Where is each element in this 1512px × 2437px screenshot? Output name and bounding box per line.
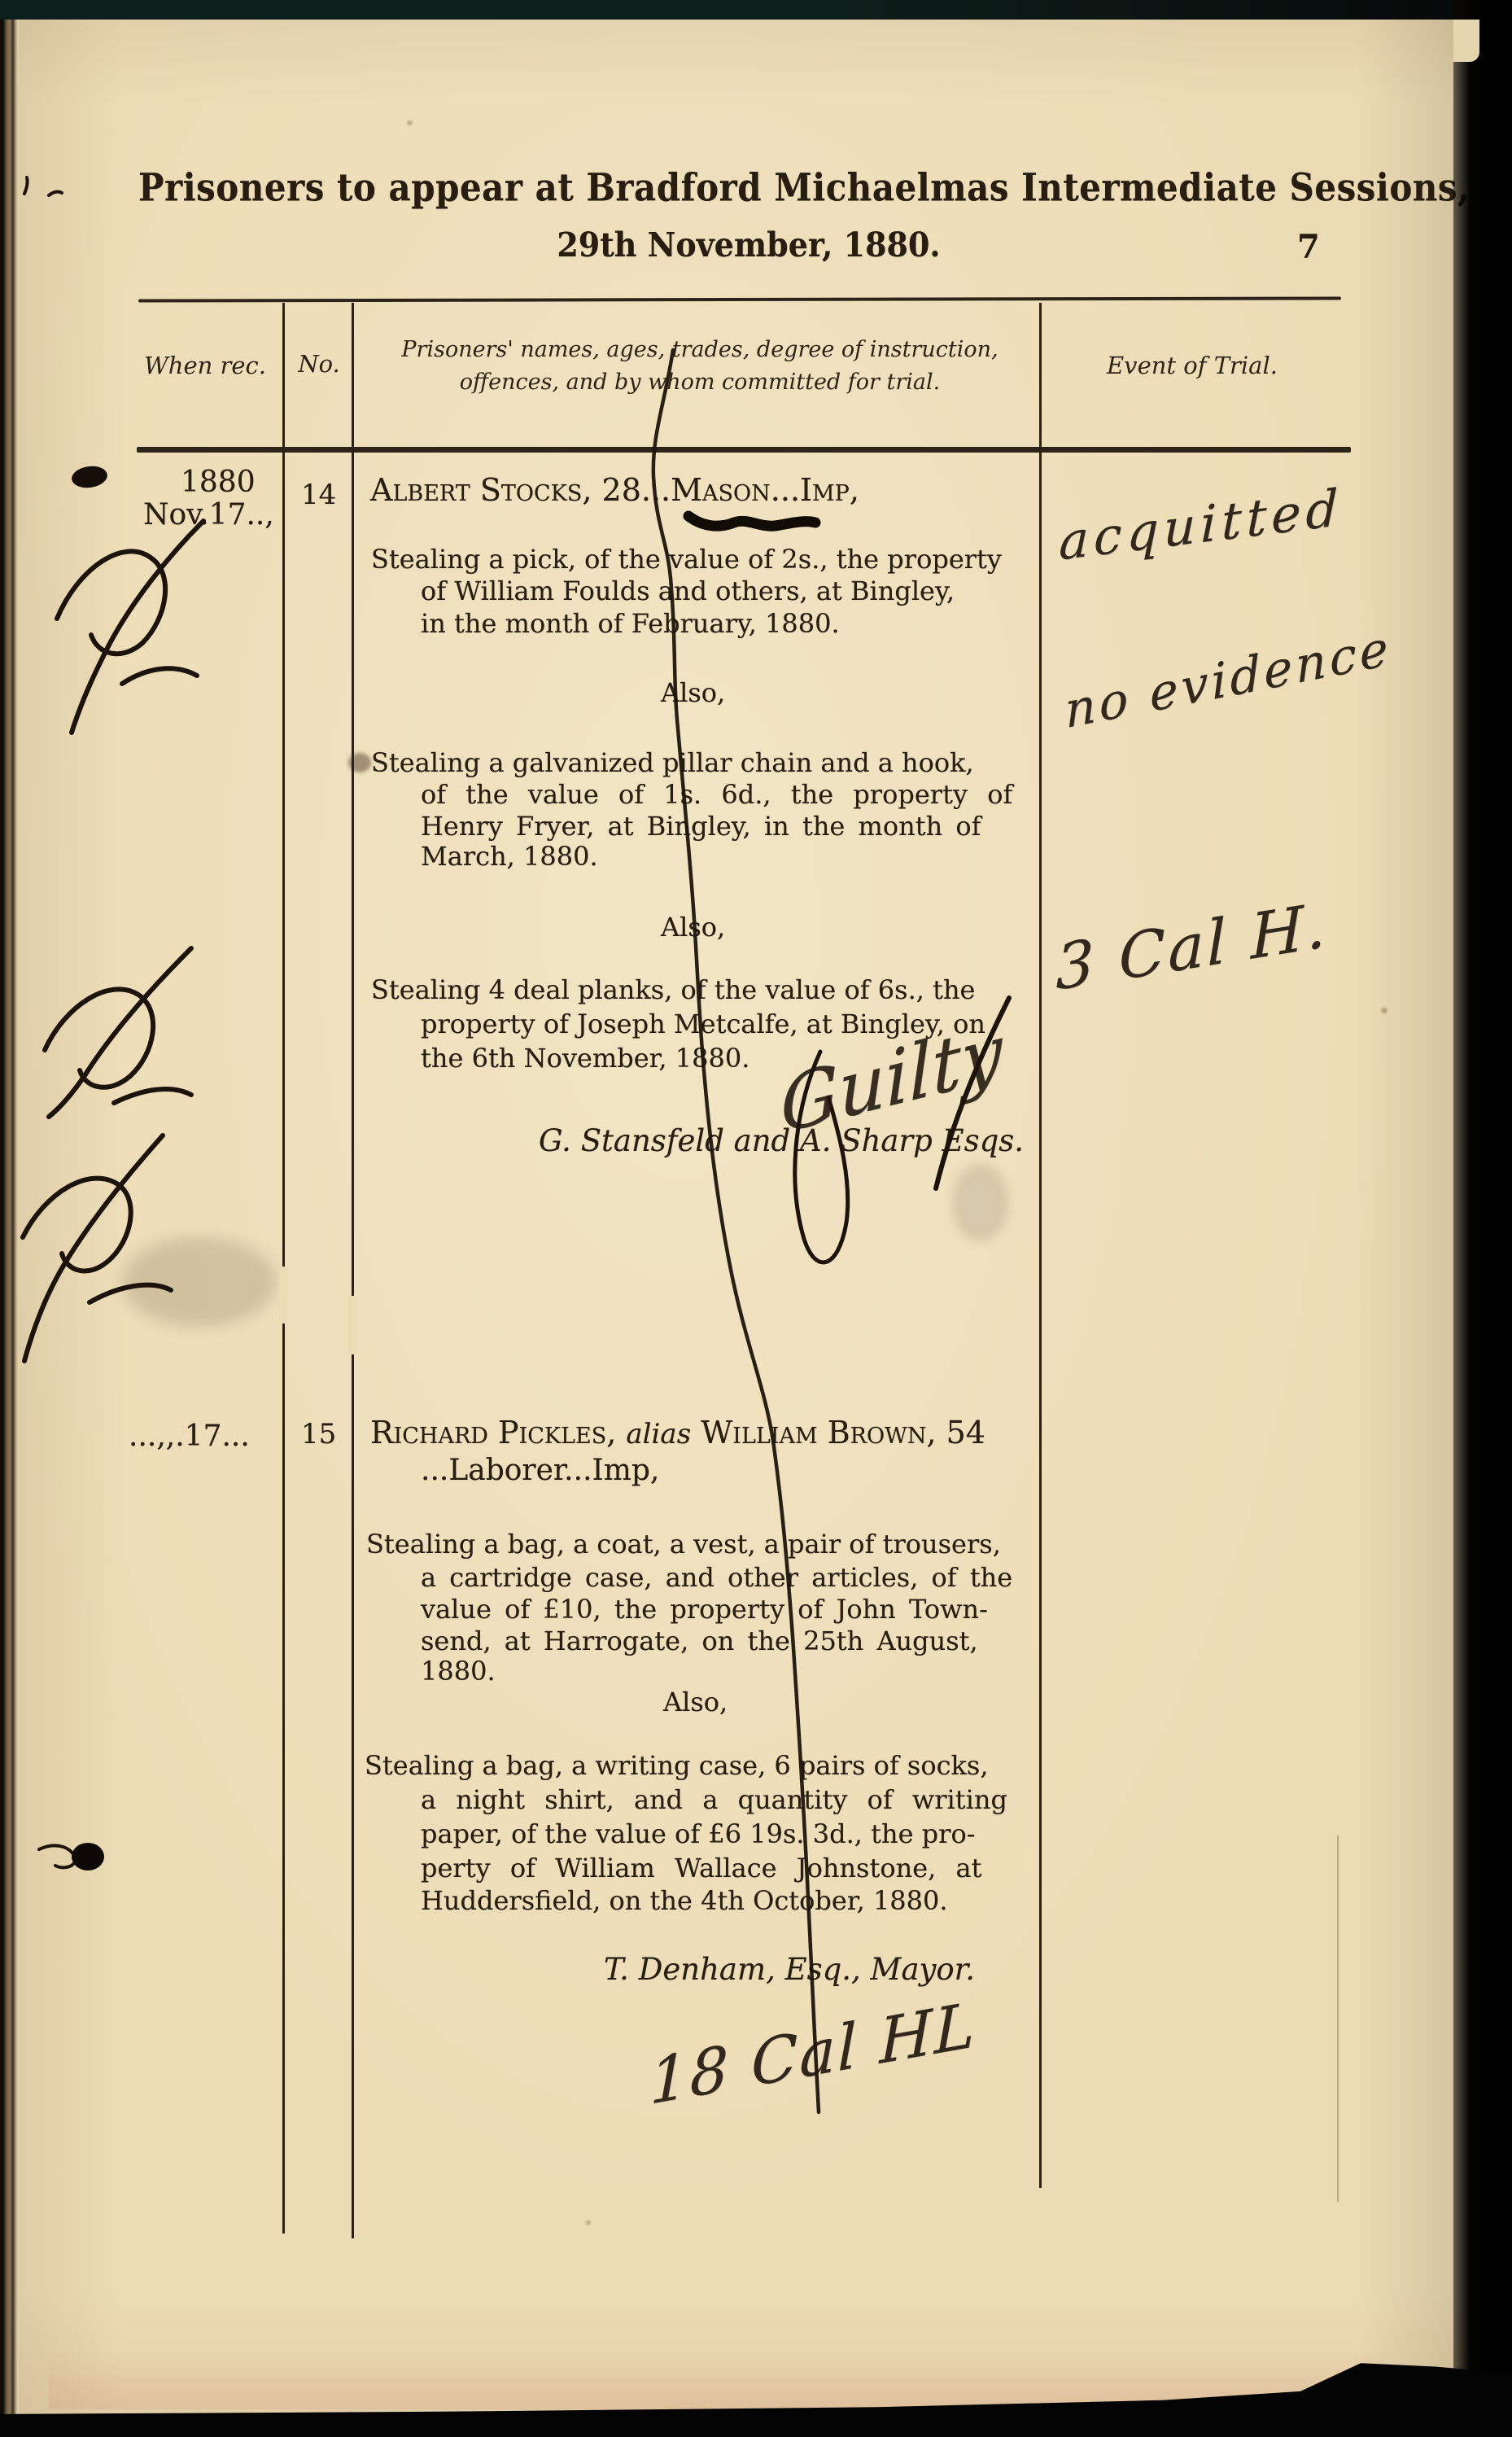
page-corner-top-right [1453,20,1479,62]
entry15-name-part1: Richard Pickles, [370,1415,626,1450]
entry15-charge2-line1: Stealing a bag, a writing case, 6 pairs … [365,1750,989,1781]
scan-border-top [0,0,1512,20]
entry15-charge2-line4: perty of William Wallace Johnstone, at [421,1853,981,1884]
entry14-charge1-line1: Stealing a pick, of the value of 2s., th… [371,544,1002,575]
rule-gap [348,1296,356,1354]
entry15-charge2-line3: paper, of the value of £6 19s. 3d., the … [421,1818,976,1849]
scan-border-right [1453,0,1512,2437]
entry14-year: 1880 [181,466,256,499]
entry15-number: 15 [301,1418,336,1450]
also-separator: Also, [661,677,725,708]
fox-spot [586,2220,591,2225]
fox-spot [407,120,413,125]
col-header-names-line1: Prisoners' names, ages, trades, degree o… [358,337,1042,362]
page-number: 7 [1297,228,1320,266]
entry14-charge2-line1: Stealing a galvanized pillar chain and a… [371,747,974,778]
fox-spot [1381,1008,1387,1013]
entry14-charge1-line3: in the month of February, 1880. [421,608,840,639]
entry15-prisoner-name: Richard Pickles, alias William Brown, 54 [370,1415,985,1450]
entry15-date-received: ...,,.17... [129,1420,250,1453]
entry14-charge2-line4: March, 1880. [421,841,598,872]
entry14-date-received: Nov.17.., [143,498,274,532]
entry14-charge2-line3: Henry Fryer, at Bingley, in the month of [421,811,981,842]
col-header-event-of-trial: Event of Trial. [1074,352,1310,379]
column-divider-names-event [1039,303,1042,2188]
header-bottom-rule [137,447,1351,453]
entry15-charge2-line5: Huddersfield, on the 4th October, 1880. [421,1885,948,1916]
entry15-alias-word: alias [626,1418,691,1450]
entry15-charge1-line5: 1880. [421,1656,496,1687]
entry15-charge1-line4: send, at Harrogate, on the 25th August, [421,1625,978,1656]
col-header-names-line2: offences, and by whom committed for tria… [358,370,1042,395]
rule-gap [279,1267,287,1324]
ghost-stain [952,1164,1009,1241]
entry15-charge1-line3: value of £10, the property of John Town- [421,1594,988,1625]
entry15-charge2-line2: a night shirt, and a quantity of writing [421,1784,1007,1815]
also-separator: Also, [663,1687,728,1717]
entry14-charge3-line1: Stealing 4 deal planks, of the value of … [371,974,975,1005]
entry15-charge1-line2: a cartridge case, and other articles, of… [421,1562,1012,1593]
col-header-when-rec: When rec. [132,352,278,379]
entry14-number: 14 [301,479,336,511]
binding-edge-left [0,0,19,2437]
session-date: 29th November, 1880. [138,225,1359,265]
entry15-name-line2: ...Laborer...Imp, [421,1454,659,1487]
entry15-charge1-line1: Stealing a bag, a coat, a vest, a pair o… [366,1529,1001,1560]
ink-stain [122,1237,277,1327]
entry15-name-part2: William Brown, 54 [691,1415,985,1450]
scanned-document-page: Prisoners to appear at Bradford Michaelm… [0,0,1512,2437]
also-separator: Also, [661,912,725,943]
page-title: Prisoners to appear at Bradford Michaelm… [138,165,1359,210]
entry14-charge2-line2: of the value of 1s. 6d., the property of [421,779,1012,810]
entry14-charge3-line3: the 6th November, 1880. [421,1043,749,1074]
entry14-charge1-line2: of William Foulds and others, at Bingley… [421,575,955,606]
entry15-committing-magistrate: T. Denham, Esq., Mayor. [537,1952,1042,1987]
col-header-no: No. [286,350,352,378]
column-divider-no-names [352,303,354,2238]
entry14-prisoner-name: Albert Stocks, 28...Mason...Imp, [370,472,859,508]
faint-margin-line [1337,1835,1339,2202]
